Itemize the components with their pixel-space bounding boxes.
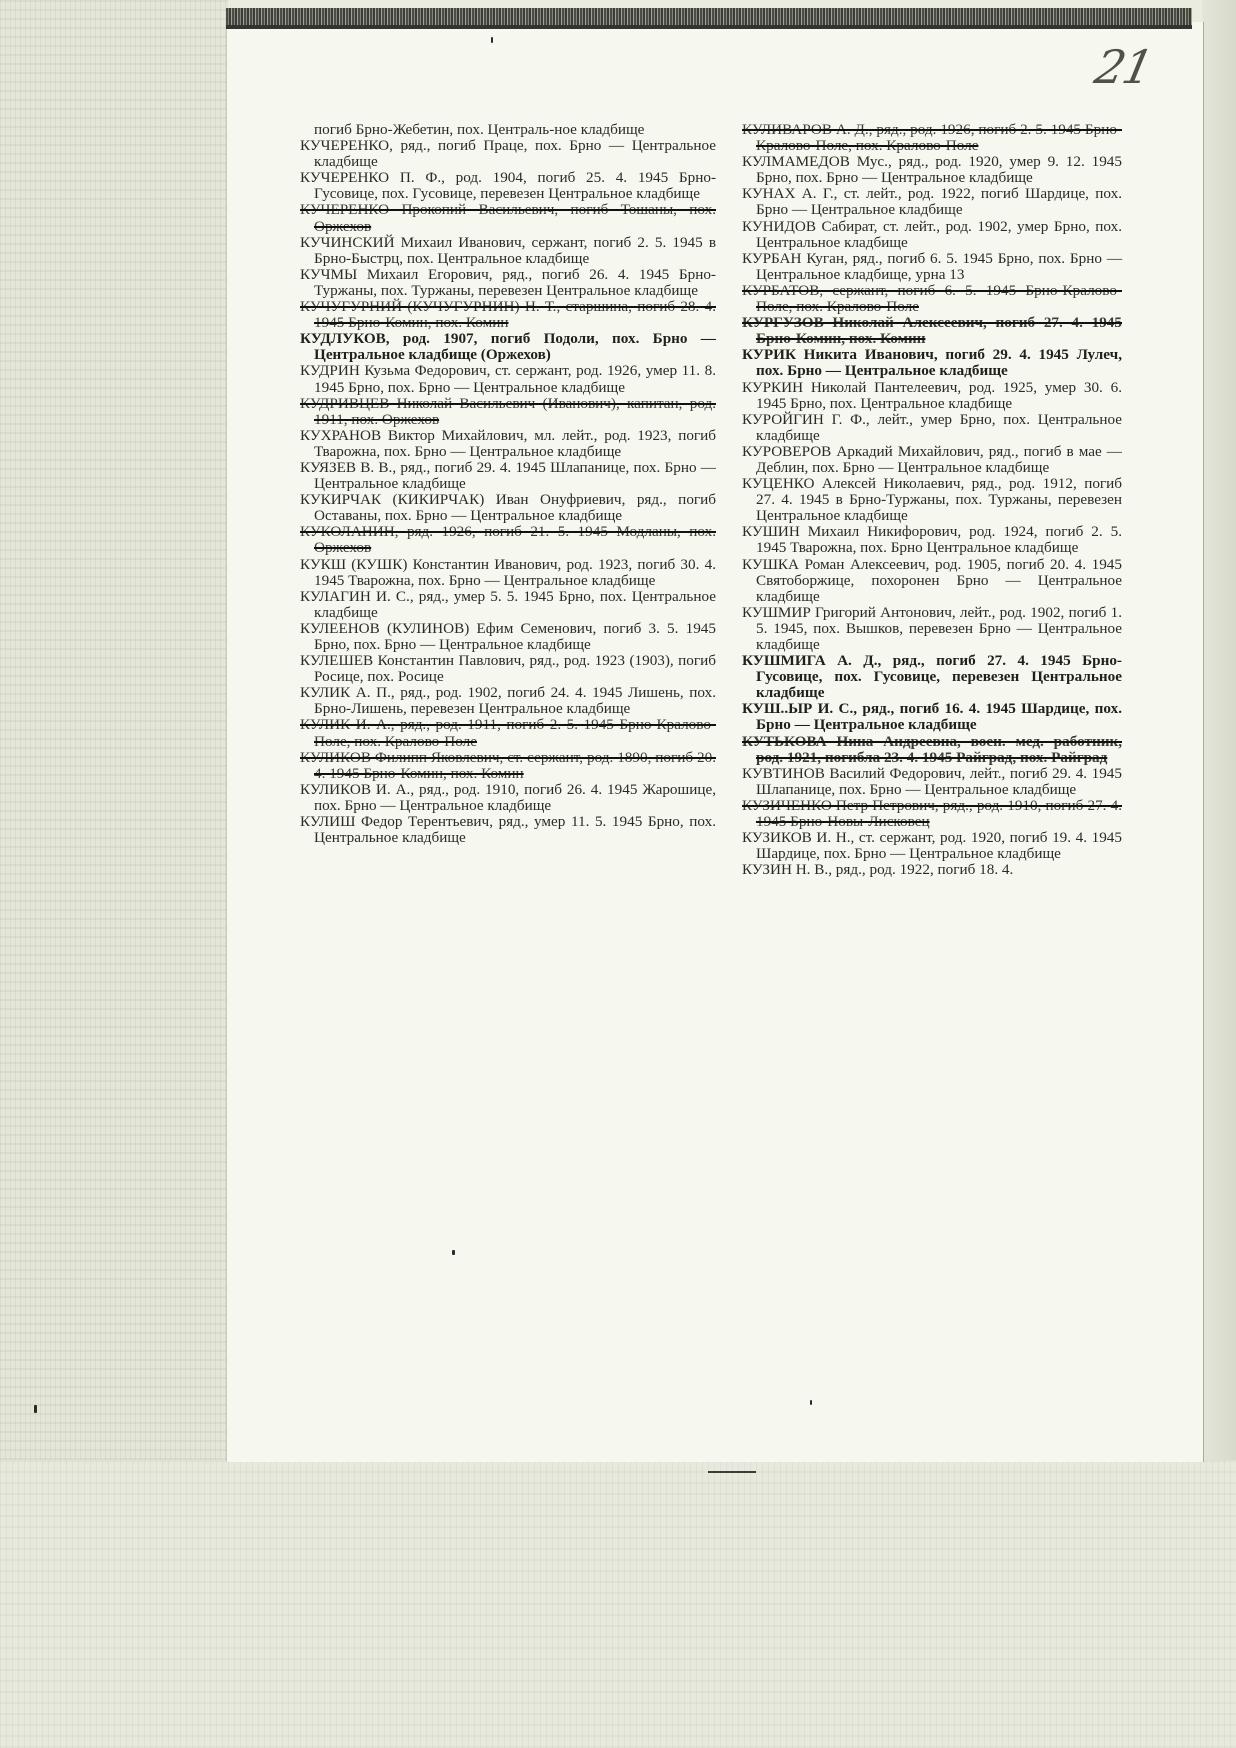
register-entry: КУХРАНОВ Виктор Михайлович, мл. лейт., р… bbox=[300, 428, 716, 460]
register-entry: КУРОЙГИН Г. Ф., лейт., умер Брно, пох. Ц… bbox=[742, 412, 1122, 444]
register-entry: КУДРИН Кузьма Федорович, ст. сержант, ро… bbox=[300, 363, 716, 395]
register-entry: КУЧМЫ Михаил Егорович, ряд., погиб 26. 4… bbox=[300, 267, 716, 299]
register-entry: КУРОВЕРОВ Аркадий Михайлович, ряд., поги… bbox=[742, 444, 1122, 476]
register-entry: КУДЛУКОВ, род. 1907, погиб Подоли, пох. … bbox=[300, 331, 716, 363]
register-entry: КУЛАГИН И. С., ряд., умер 5. 5. 1945 Брн… bbox=[300, 589, 716, 621]
register-entry-struck: КУРГУЗОВ Николай Алексеевич, погиб 27. 4… bbox=[742, 315, 1122, 347]
register-entry-struck: КУТЬКОВА Нина Андреевна, воен. мед. рабо… bbox=[742, 734, 1122, 766]
scan-speck bbox=[810, 1400, 812, 1405]
register-entry: КУКИРЧАК (КИКИРЧАК) Иван Онуфриевич, ряд… bbox=[300, 492, 716, 524]
left-column: погиб Брно-Жебетин, пох. Централь-ное кл… bbox=[300, 122, 716, 846]
register-entry-struck: КУЛИК И. А., ряд., род. 1911, погиб 2. 5… bbox=[300, 717, 716, 749]
register-entry: КУРБАН Куган, ряд., погиб 6. 5. 1945 Брн… bbox=[742, 251, 1122, 283]
register-entry: КУЧИНСКИЙ Михаил Иванович, сержант, поги… bbox=[300, 235, 716, 267]
register-entry: КУНАХ А. Г., ст. лейт., род. 1922, погиб… bbox=[742, 186, 1122, 218]
register-entry: КУКШ (КУШК) Константин Иванович, род. 19… bbox=[300, 557, 716, 589]
scan-speck bbox=[34, 1405, 37, 1413]
register-entry: КУЛЕШЕВ Константин Павлович, ряд., род. … bbox=[300, 653, 716, 685]
handwritten-page-number: 21 bbox=[1090, 40, 1156, 94]
register-entry: КУВТИНОВ Василий Федорович, лейт., погиб… bbox=[742, 766, 1122, 798]
register-entry-struck: КУЛИВАРОВ А. Д., ряд., род. 1926, погиб … bbox=[742, 122, 1122, 154]
register-entry-struck: КУРБАТОВ, сержант, погиб 6. 5. 1945 Брно… bbox=[742, 283, 1122, 315]
register-entry-struck: КУЧЕРЕНКО Прокопий Васильевич, погиб Тош… bbox=[300, 202, 716, 234]
register-entry: КУШ..ЫР И. С., ряд., погиб 16. 4. 1945 Ш… bbox=[742, 701, 1122, 733]
register-entry: КУШМИР Григорий Антонович, лейт., род. 1… bbox=[742, 605, 1122, 653]
register-entry: КУРКИН Николай Пантелеевич, род. 1925, у… bbox=[742, 380, 1122, 412]
right-column: КУЛИВАРОВ А. Д., ряд., род. 1926, погиб … bbox=[742, 122, 1122, 878]
register-entry-struck: КУКОЛАНИН, ряд. 1926, погиб 21. 5. 1945 … bbox=[300, 524, 716, 556]
register-entry-struck: КУЛИКОВ Филипп Яковлевич, ст. сержант, р… bbox=[300, 750, 716, 782]
register-entry: КУЯЗЕВ В. В., ряд., погиб 29. 4. 1945 Шл… bbox=[300, 460, 716, 492]
register-entry: КУЛЕЕНОВ (КУЛИНОВ) Ефим Семенович, погиб… bbox=[300, 621, 716, 653]
register-entry-struck: КУДРИВЦЕВ Николай Васильевич (Иванович),… bbox=[300, 396, 716, 428]
register-entry: КУЧЕРЕНКО П. Ф., род. 1904, погиб 25. 4.… bbox=[300, 170, 716, 202]
scan-top-edge bbox=[226, 8, 1192, 26]
register-entry: КУНИДОВ Сабират, ст. лейт., род. 1902, у… bbox=[742, 219, 1122, 251]
register-entry: КУЦЕНКО Алексей Николаевич, ряд., род. 1… bbox=[742, 476, 1122, 524]
register-entry: КУЗИКОВ И. Н., ст. сержант, род. 1920, п… bbox=[742, 830, 1122, 862]
scan-artifact-line bbox=[708, 1471, 756, 1473]
scan-speck bbox=[491, 37, 493, 43]
register-entry: КУЛМАМЕДОВ Мус., ряд., род. 1920, умер 9… bbox=[742, 154, 1122, 186]
register-entry: КУРИК Никита Иванович, погиб 29. 4. 1945… bbox=[742, 347, 1122, 379]
register-entry-struck: КУЧУГУРНИЙ (КУЧУГУРНИН) Н. Т., старшина,… bbox=[300, 299, 716, 331]
scan-speck bbox=[452, 1250, 455, 1255]
register-entry: КУЗИН Н. В., ряд., род. 1922, погиб 18. … bbox=[742, 862, 1122, 878]
register-entry: КУЛИК А. П., ряд., род. 1902, погиб 24. … bbox=[300, 685, 716, 717]
register-entry: КУШМИГА А. Д., ряд., погиб 27. 4. 1945 Б… bbox=[742, 653, 1122, 701]
register-entry: КУЛИШ Федор Терентьевич, ряд., умер 11. … bbox=[300, 814, 716, 846]
register-entry: КУЛИКОВ И. А., ряд., род. 1910, погиб 26… bbox=[300, 782, 716, 814]
register-entry-struck: КУЗИЧЕНКО Петр Петрович, ряд., род. 1910… bbox=[742, 798, 1122, 830]
register-entry: КУЧЕРЕНКО, ряд., погиб Праце, пох. Брно … bbox=[300, 138, 716, 170]
scan-margin-bottom bbox=[0, 1460, 1236, 1748]
register-entry: КУШКА Роман Алексеевич, род. 1905, погиб… bbox=[742, 557, 1122, 605]
register-entry: погиб Брно-Жебетин, пох. Централь-ное кл… bbox=[300, 122, 716, 138]
register-entry: КУШИН Михаил Никифорович, род. 1924, пог… bbox=[742, 524, 1122, 556]
